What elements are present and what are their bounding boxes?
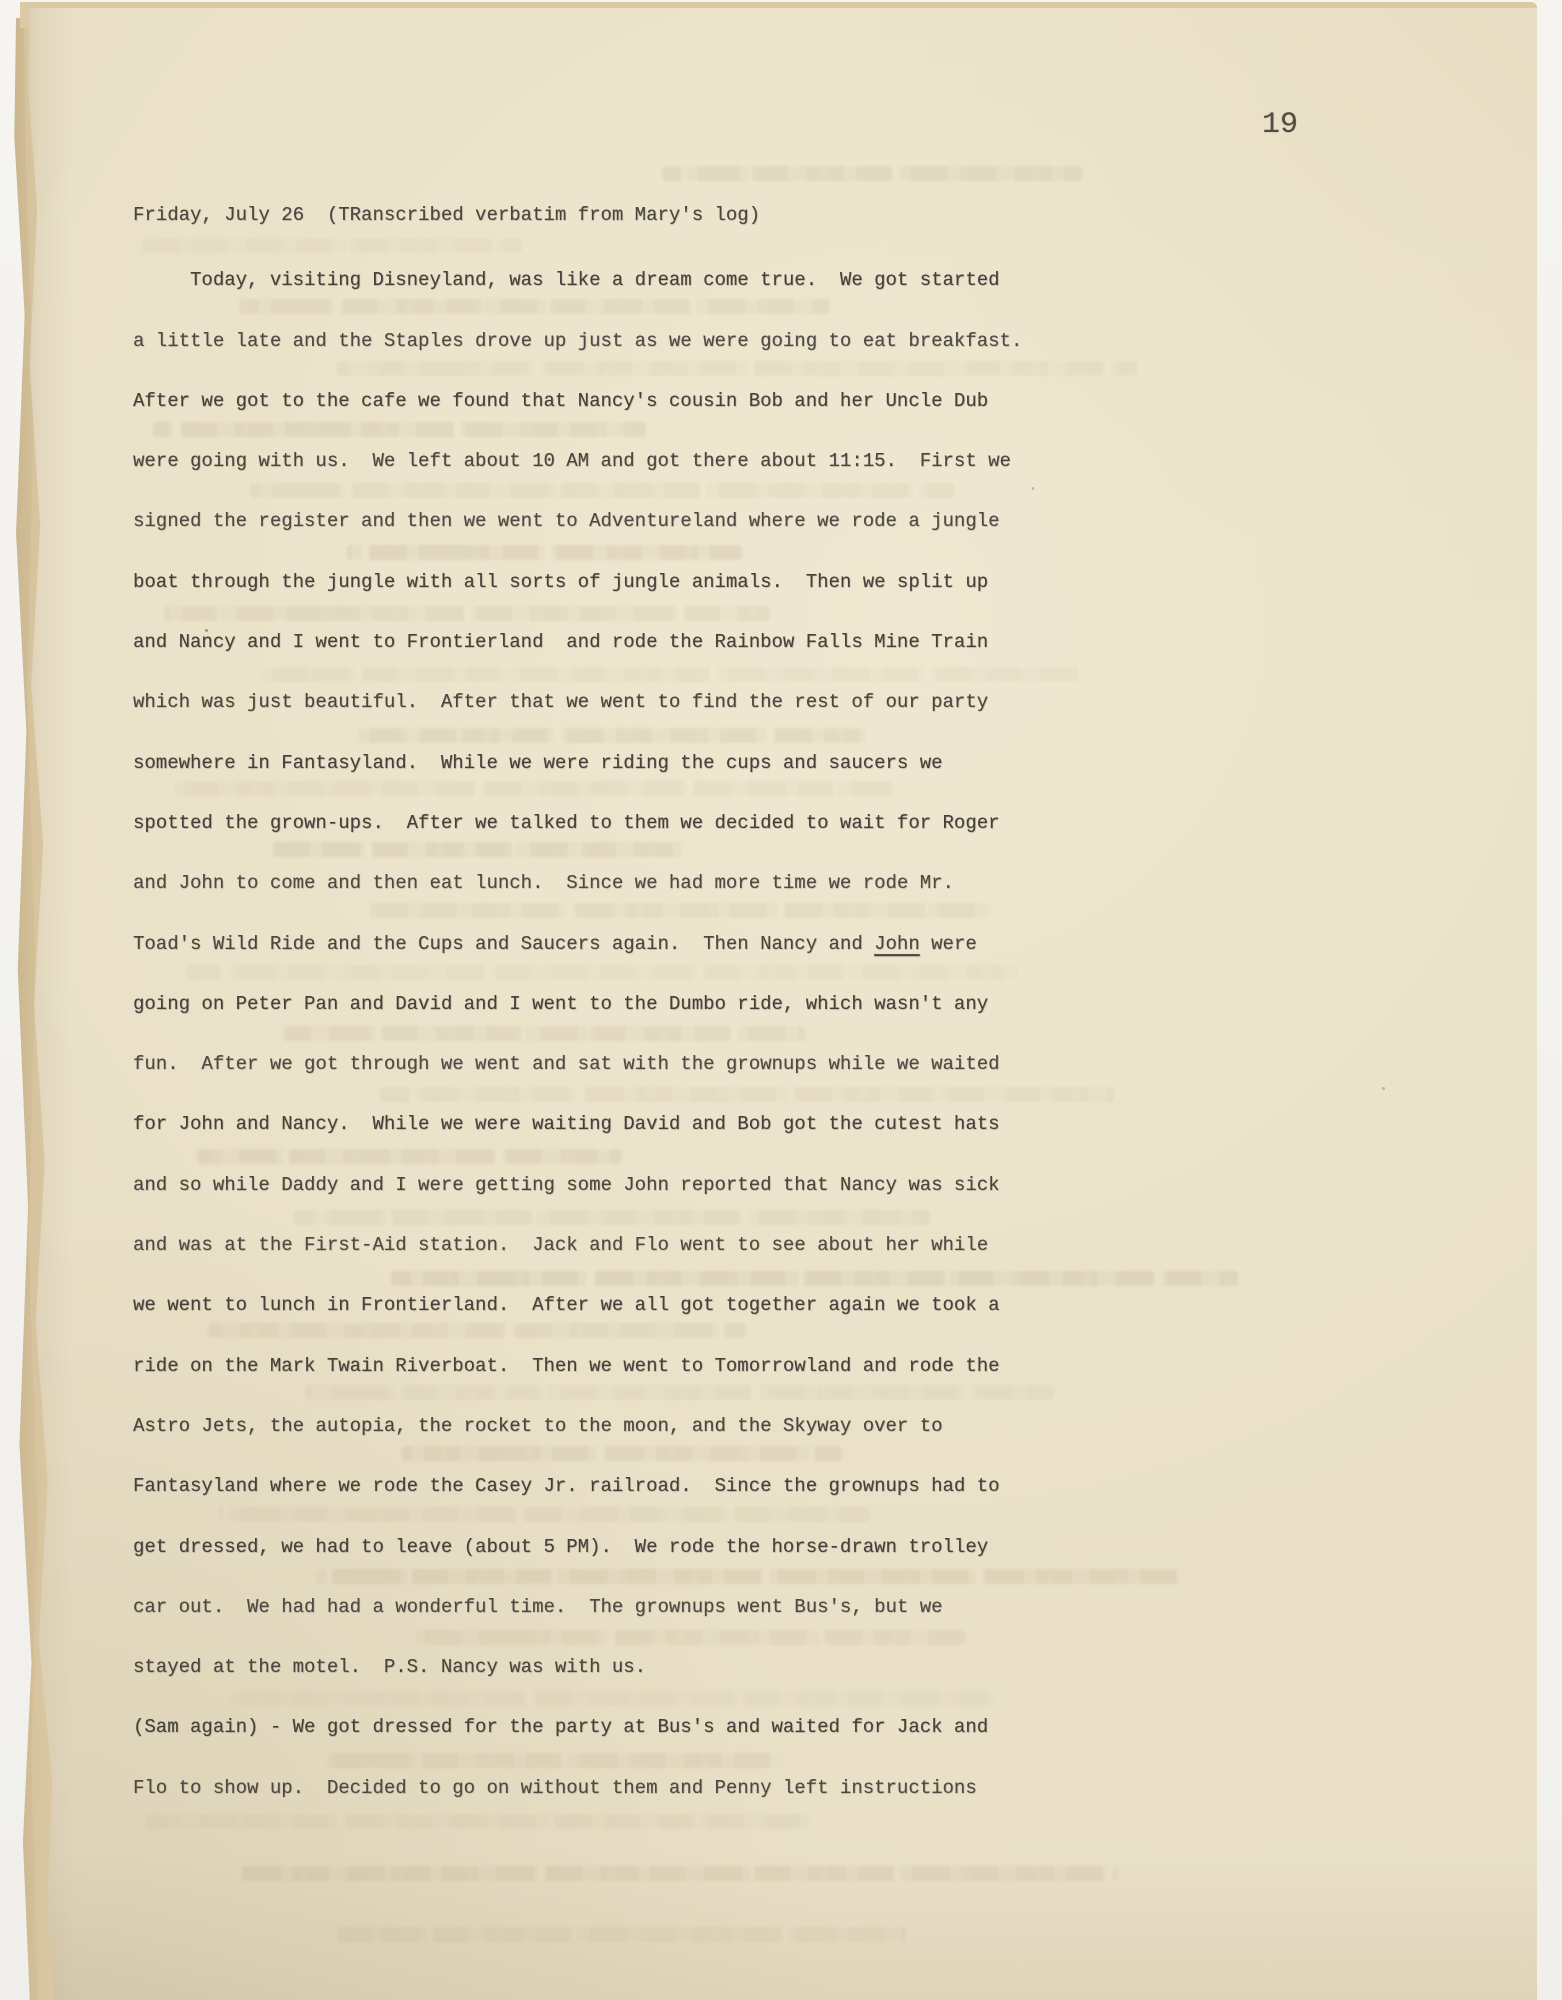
bleed-through-artifact [338, 1927, 906, 1942]
typed-line: and Nancy and I went to Frontierland and… [133, 612, 1022, 672]
typed-line: somewhere in Fantasyland. While we were … [133, 733, 1022, 793]
typed-line: a little late and the Staples drove up j… [133, 311, 1022, 371]
ink-speck [205, 629, 208, 632]
typed-line: spotted the grown-ups. After we talked t… [133, 793, 1022, 853]
typed-line: fun. After we got through we went and sa… [133, 1034, 1022, 1094]
ink-speck [1032, 487, 1034, 490]
typed-line: for John and Nancy. While we were waitin… [133, 1094, 1022, 1154]
scanned-page: 19 Friday, July 26 (TRanscribed verbatim… [0, 0, 1562, 2000]
typed-line: and was at the First-Aid station. Jack a… [133, 1215, 1022, 1275]
typed-line: which was just beautiful. After that we … [133, 672, 1022, 732]
typed-line: Today, visiting Disneyland, was like a d… [133, 250, 1022, 310]
bleed-through-artifact [241, 1866, 1118, 1881]
typed-line: (Sam again) - We got dressed for the par… [133, 1697, 1022, 1757]
typed-line: Fantasyland where we rode the Casey Jr. … [133, 1456, 1022, 1516]
typed-line: car out. We had had a wonderful time. Th… [133, 1577, 1022, 1637]
paper-sheet: 19 Friday, July 26 (TRanscribed verbatim… [22, 8, 1537, 2000]
typed-line: Astro Jets, the autopia, the rocket to t… [133, 1396, 1022, 1456]
typed-line: signed the register and then we went to … [133, 491, 1022, 551]
page-number: 19 [1262, 108, 1298, 142]
typed-line: we went to lunch in Frontierland. After … [133, 1275, 1022, 1335]
typed-line: ride on the Mark Twain Riverboat. Then w… [133, 1336, 1022, 1396]
bleed-through-artifact [662, 166, 1082, 181]
typed-text-block: Friday, July 26 (TRanscribed verbatim fr… [133, 185, 1022, 1818]
typed-line: Friday, July 26 (TRanscribed verbatim fr… [133, 185, 1022, 245]
typed-line: get dressed, we had to leave (about 5 PM… [133, 1517, 1022, 1577]
typed-line: were going with us. We left about 10 AM … [133, 431, 1022, 491]
typed-line: Flo to show up. Decided to go on without… [133, 1758, 1022, 1818]
typed-line: going on Peter Pan and David and I went … [133, 974, 1022, 1034]
typed-line: stayed at the motel. P.S. Nancy was with… [133, 1637, 1022, 1697]
typed-line: After we got to the cafe we found that N… [133, 371, 1022, 431]
typed-line: and so while Daddy and I were getting so… [133, 1155, 1022, 1215]
typed-line: and John to come and then eat lunch. Sin… [133, 853, 1022, 913]
typed-line: boat through the jungle with all sorts o… [133, 552, 1022, 612]
typed-line: Toad's Wild Ride and the Cups and Saucer… [133, 914, 1022, 974]
ink-speck [1382, 1087, 1385, 1090]
